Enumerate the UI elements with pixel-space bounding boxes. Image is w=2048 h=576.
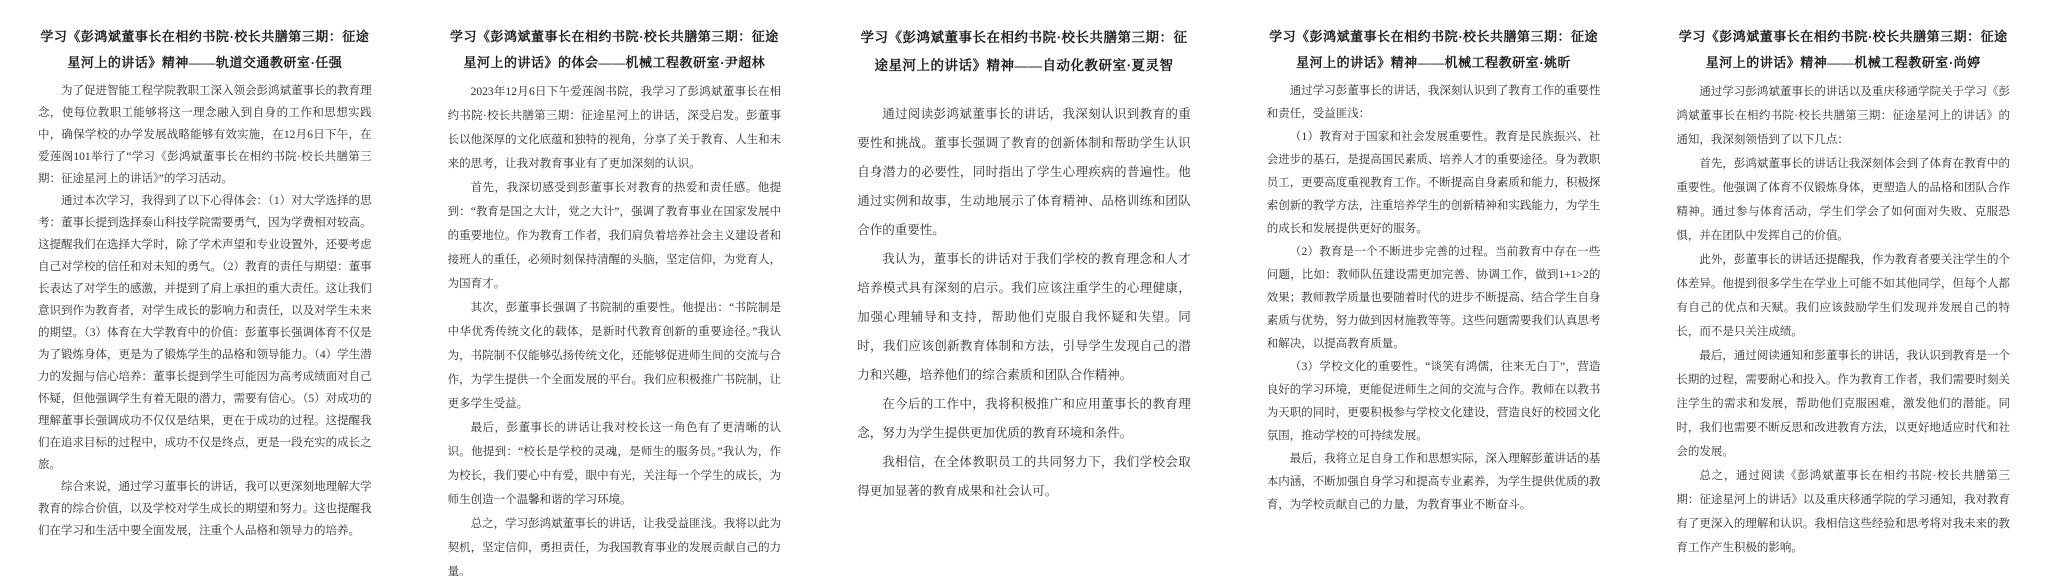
document-body-4: 通过学习彭董事长的讲话，我深刻认识到了教育工作的重要性和责任，受益匪浅：（1）教… [1267,80,1601,517]
paragraph: 综合来说，通过学习董事长的讲话，我可以更深刻地理解大学教育的综合价值，以及学校对… [38,476,372,542]
paragraph: 为了促进智能工程学院教职工深入领会彭鸿斌董事长的教育理念，使每位教职工能够将这一… [38,80,372,190]
paragraph: 通过学习彭鸿斌董事长的讲话以及重庆移通学院关于学习《彭鸿斌董事长在相约书院·校长… [1676,80,2010,152]
paragraph: 我认为，董事长的讲话对于我们学校的教育理念和人才培养模式具有深刻的启示。我们应该… [857,245,1191,390]
document-title-2: 学习《彭鸿斌董事长在相约书院·校长共膳第三期：征途星河上的讲话》的体会——机械工… [448,24,782,76]
document-page-5: 学习《彭鸿斌董事长在相约书院·校长共膳第三期：征途星河上的讲话》精神——机械工程… [1638,0,2048,576]
paragraph: 最后，我将立足自身工作和思想实际，深入理解彭董讲话的基本内涵，不断加强自身学习和… [1267,448,1601,517]
paragraph: （3）学校文化的重要性。“谈笑有鸿儒，往来无白丁”，营造良好的学习环境，更能促进… [1267,356,1601,448]
paragraph: 我相信，在全体教职员工的共同努力下，我们学校会取得更加显著的教育成果和社会认可。 [857,448,1191,506]
paragraph: 总之，通过阅读《彭鸿斌董事长在相约书院·校长共膳第三期：征途星河上的讲话》以及重… [1676,464,2010,560]
paragraph: 在今后的工作中，我将积极推广和应用董事长的教育理念，努力为学生提供更加优质的教育… [857,390,1191,448]
document-body-2: 2023年12月6日下午爱莲阁书院，我学习了彭鸿斌董事长在相约书院·校长共膳第三… [448,80,782,576]
paragraph: 2023年12月6日下午爱莲阁书院，我学习了彭鸿斌董事长在相约书院·校长共膳第三… [448,80,782,176]
paragraph: 通过阅读彭鸿斌董事长的讲话，我深刻认识到教育的重要性和挑战。董事长强调了教育的创… [857,100,1191,245]
paragraph: 首先，我深切感受到彭董事长对教育的热爱和责任感。他提到：“教育是国之大计，党之大… [448,176,782,296]
document-title-4: 学习《彭鸿斌董事长在相约书院·校长共膳第三期：征途星河上的讲话》精神——机械工程… [1267,24,1601,76]
paragraph: 此外，彭董事长的讲话还提醒我，作为教育者要关注学生的个体差异。他提到很多学生在学… [1676,248,2010,344]
paragraph: （2）教育是一个不断进步完善的过程。当前教育中存在一些问题，比如：教师队伍建设需… [1267,241,1601,356]
paragraph: 通过学习彭董事长的讲话，我深刻认识到了教育工作的重要性和责任，受益匪浅： [1267,80,1601,126]
document-body-5: 通过学习彭鸿斌董事长的讲话以及重庆移通学院关于学习《彭鸿斌董事长在相约书院·校长… [1676,80,2010,560]
paragraph: 最后，通过阅读通知和彭董事长的讲话，我认识到教育是一个长期的过程，需要耐心和投入… [1676,344,2010,464]
document-title-3: 学习《彭鸿斌董事长在相约书院·校长共膳第三期：征途星河上的讲话》精神——自动化教… [857,24,1191,80]
document-page-4: 学习《彭鸿斌董事长在相约书院·校长共膳第三期：征途星河上的讲话》精神——机械工程… [1229,0,1639,576]
document-pages-row: 学习《彭鸿斌董事长在相约书院·校长共膳第三期：征途星河上的讲话》精神——轨道交通… [0,0,2048,576]
paragraph: （1）教育对于国家和社会发展重要性。教育是民族振兴、社会进步的基石，是提高国民素… [1267,126,1601,241]
document-page-1: 学习《彭鸿斌董事长在相约书院·校长共膳第三期：征途星河上的讲话》精神——轨道交通… [0,0,410,576]
paragraph: 总之，学习彭鸿斌董事长的讲话，让我受益匪浅。我将以此为契机，坚定信仰，勇担责任，… [448,512,782,576]
document-page-2: 学习《彭鸿斌董事长在相约书院·校长共膳第三期：征途星河上的讲话》的体会——机械工… [410,0,820,576]
document-page-3: 学习《彭鸿斌董事长在相约书院·校长共膳第三期：征途星河上的讲话》精神——自动化教… [819,0,1229,576]
paragraph: 通过本次学习，我得到了以下心得体会：（1）对大学选择的思考：董事长提到选择泰山科… [38,190,372,476]
document-title-5: 学习《彭鸿斌董事长在相约书院·校长共膳第三期：征途星河上的讲话》精神——机械工程… [1676,24,2010,76]
document-body-3: 通过阅读彭鸿斌董事长的讲话，我深刻认识到教育的重要性和挑战。董事长强调了教育的创… [857,100,1191,506]
paragraph: 其次，彭董事长强调了书院制的重要性。他提出：“书院制是中华优秀传统文化的载体，是… [448,296,782,416]
document-title-1: 学习《彭鸿斌董事长在相约书院·校长共膳第三期：征途星河上的讲话》精神——轨道交通… [38,24,372,76]
paragraph: 首先，彭鸿斌董事长的讲话让我深刻体会到了体育在教育中的重要性。他强调了体育不仅锻… [1676,152,2010,248]
document-body-1: 为了促进智能工程学院教职工深入领会彭鸿斌董事长的教育理念，使每位教职工能够将这一… [38,80,372,542]
paragraph: 最后，彭董事长的讲话让我对校长这一角色有了更清晰的认识。他提到：“校长是学校的灵… [448,416,782,512]
